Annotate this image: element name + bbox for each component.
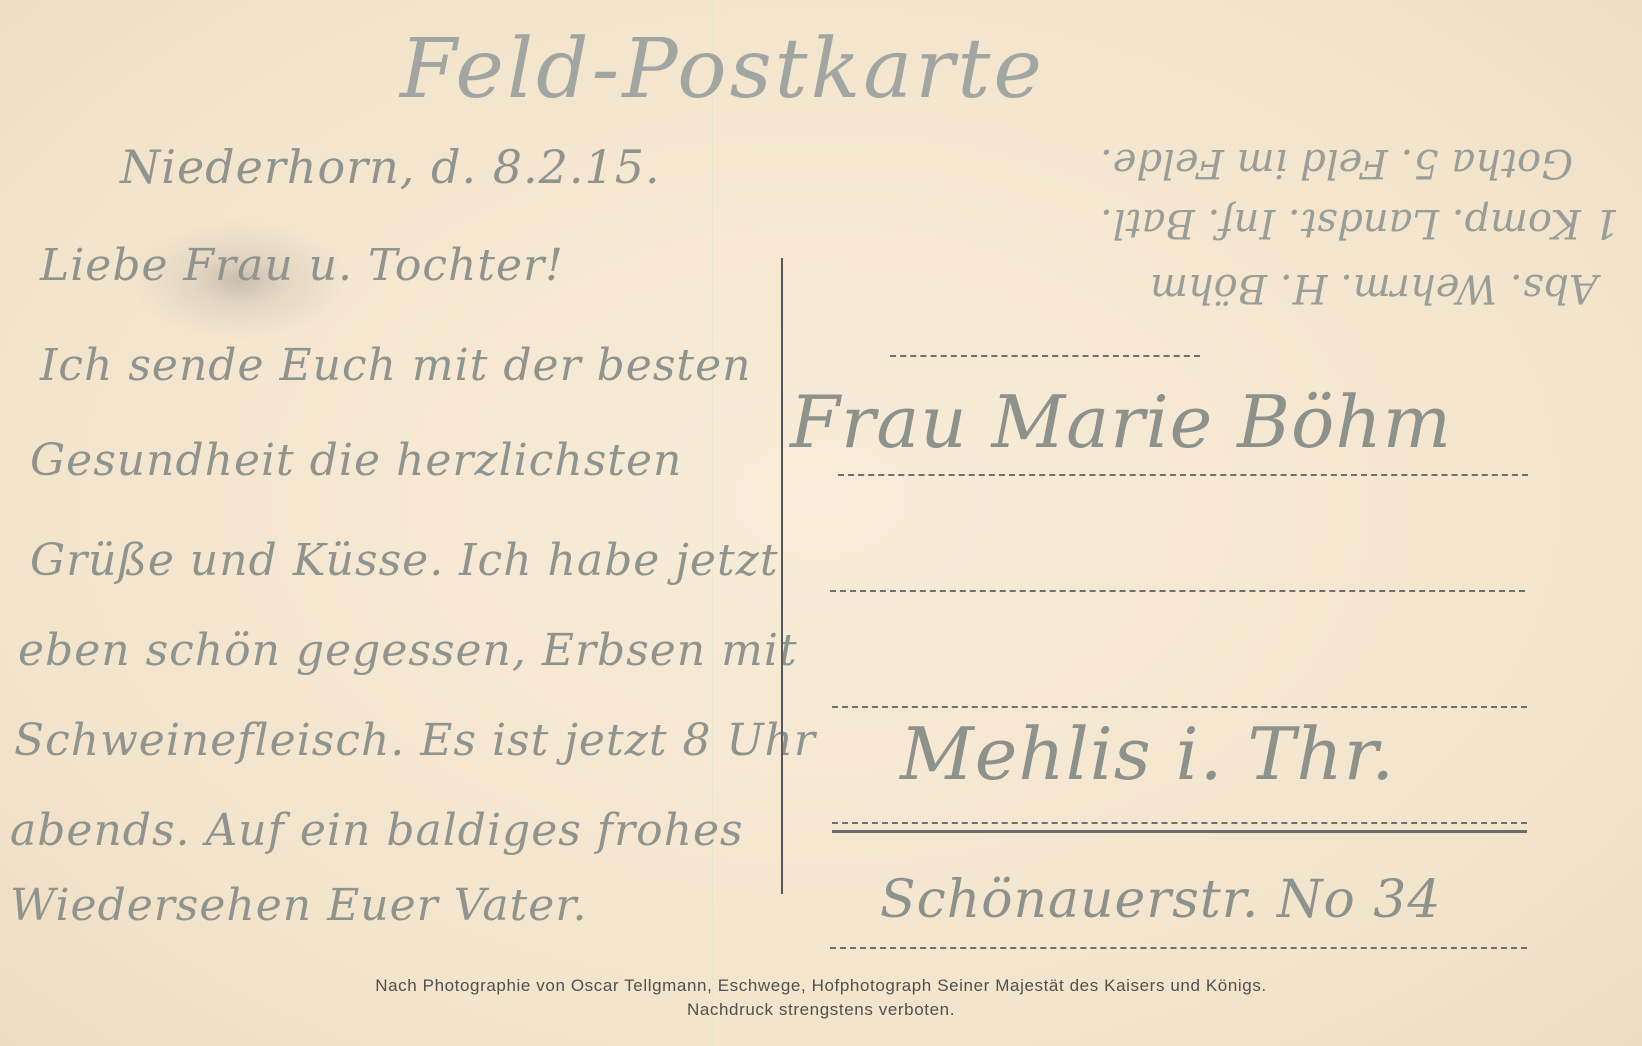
address-dotted-line: [830, 947, 1527, 949]
postcard-heading: Feld-Postkarte: [400, 22, 1045, 117]
place-date: Niederhorn, d. 8.2.15.: [120, 140, 661, 194]
message-line: Schweinefleisch. Es ist jetzt 8 Uhr: [14, 715, 816, 766]
address-dotted-line: [832, 822, 1527, 824]
address-dotted-line: [890, 355, 1200, 357]
salutation: Liebe Frau u. Tochter!: [40, 240, 564, 291]
address-recipient: Frau Marie Böhm: [790, 380, 1452, 464]
message-line: Grüße und Küsse. Ich habe jetzt: [30, 535, 779, 586]
address-dotted-line: [830, 590, 1525, 592]
sender-line: Abs. Wehrm. H. Böhm: [1150, 265, 1598, 311]
address-city: Mehlis i. Thr.: [900, 712, 1395, 796]
fold-crease: [712, 0, 713, 1046]
photographer-imprint: Nach Photographie von Oscar Tellgmann, E…: [0, 976, 1642, 996]
message-line: Wiedersehen Euer Vater.: [10, 880, 588, 931]
sender-line: Gotha 5. Feld im Felde.: [1100, 140, 1573, 186]
address-underline: [832, 830, 1527, 833]
message-address-divider: [781, 258, 783, 894]
address-dotted-line: [832, 706, 1527, 708]
message-line: Ich sende Euch mit der besten: [40, 340, 751, 391]
message-line: abends. Auf ein baldiges frohes: [10, 805, 744, 856]
copyright-notice: Nachdruck strengstens verboten.: [0, 1000, 1642, 1020]
message-line: eben schön gegessen, Erbsen mit: [18, 625, 798, 676]
message-line: Gesundheit die herzlichsten: [30, 435, 682, 486]
sender-line: 1 Komp. Landst. Inf. Batl.: [1100, 200, 1619, 246]
address-street: Schönauerstr. No 34: [880, 870, 1441, 930]
address-dotted-line: [838, 474, 1528, 476]
postcard: Feld-Postkarte Niederhorn, d. 8.2.15. Li…: [0, 0, 1642, 1046]
